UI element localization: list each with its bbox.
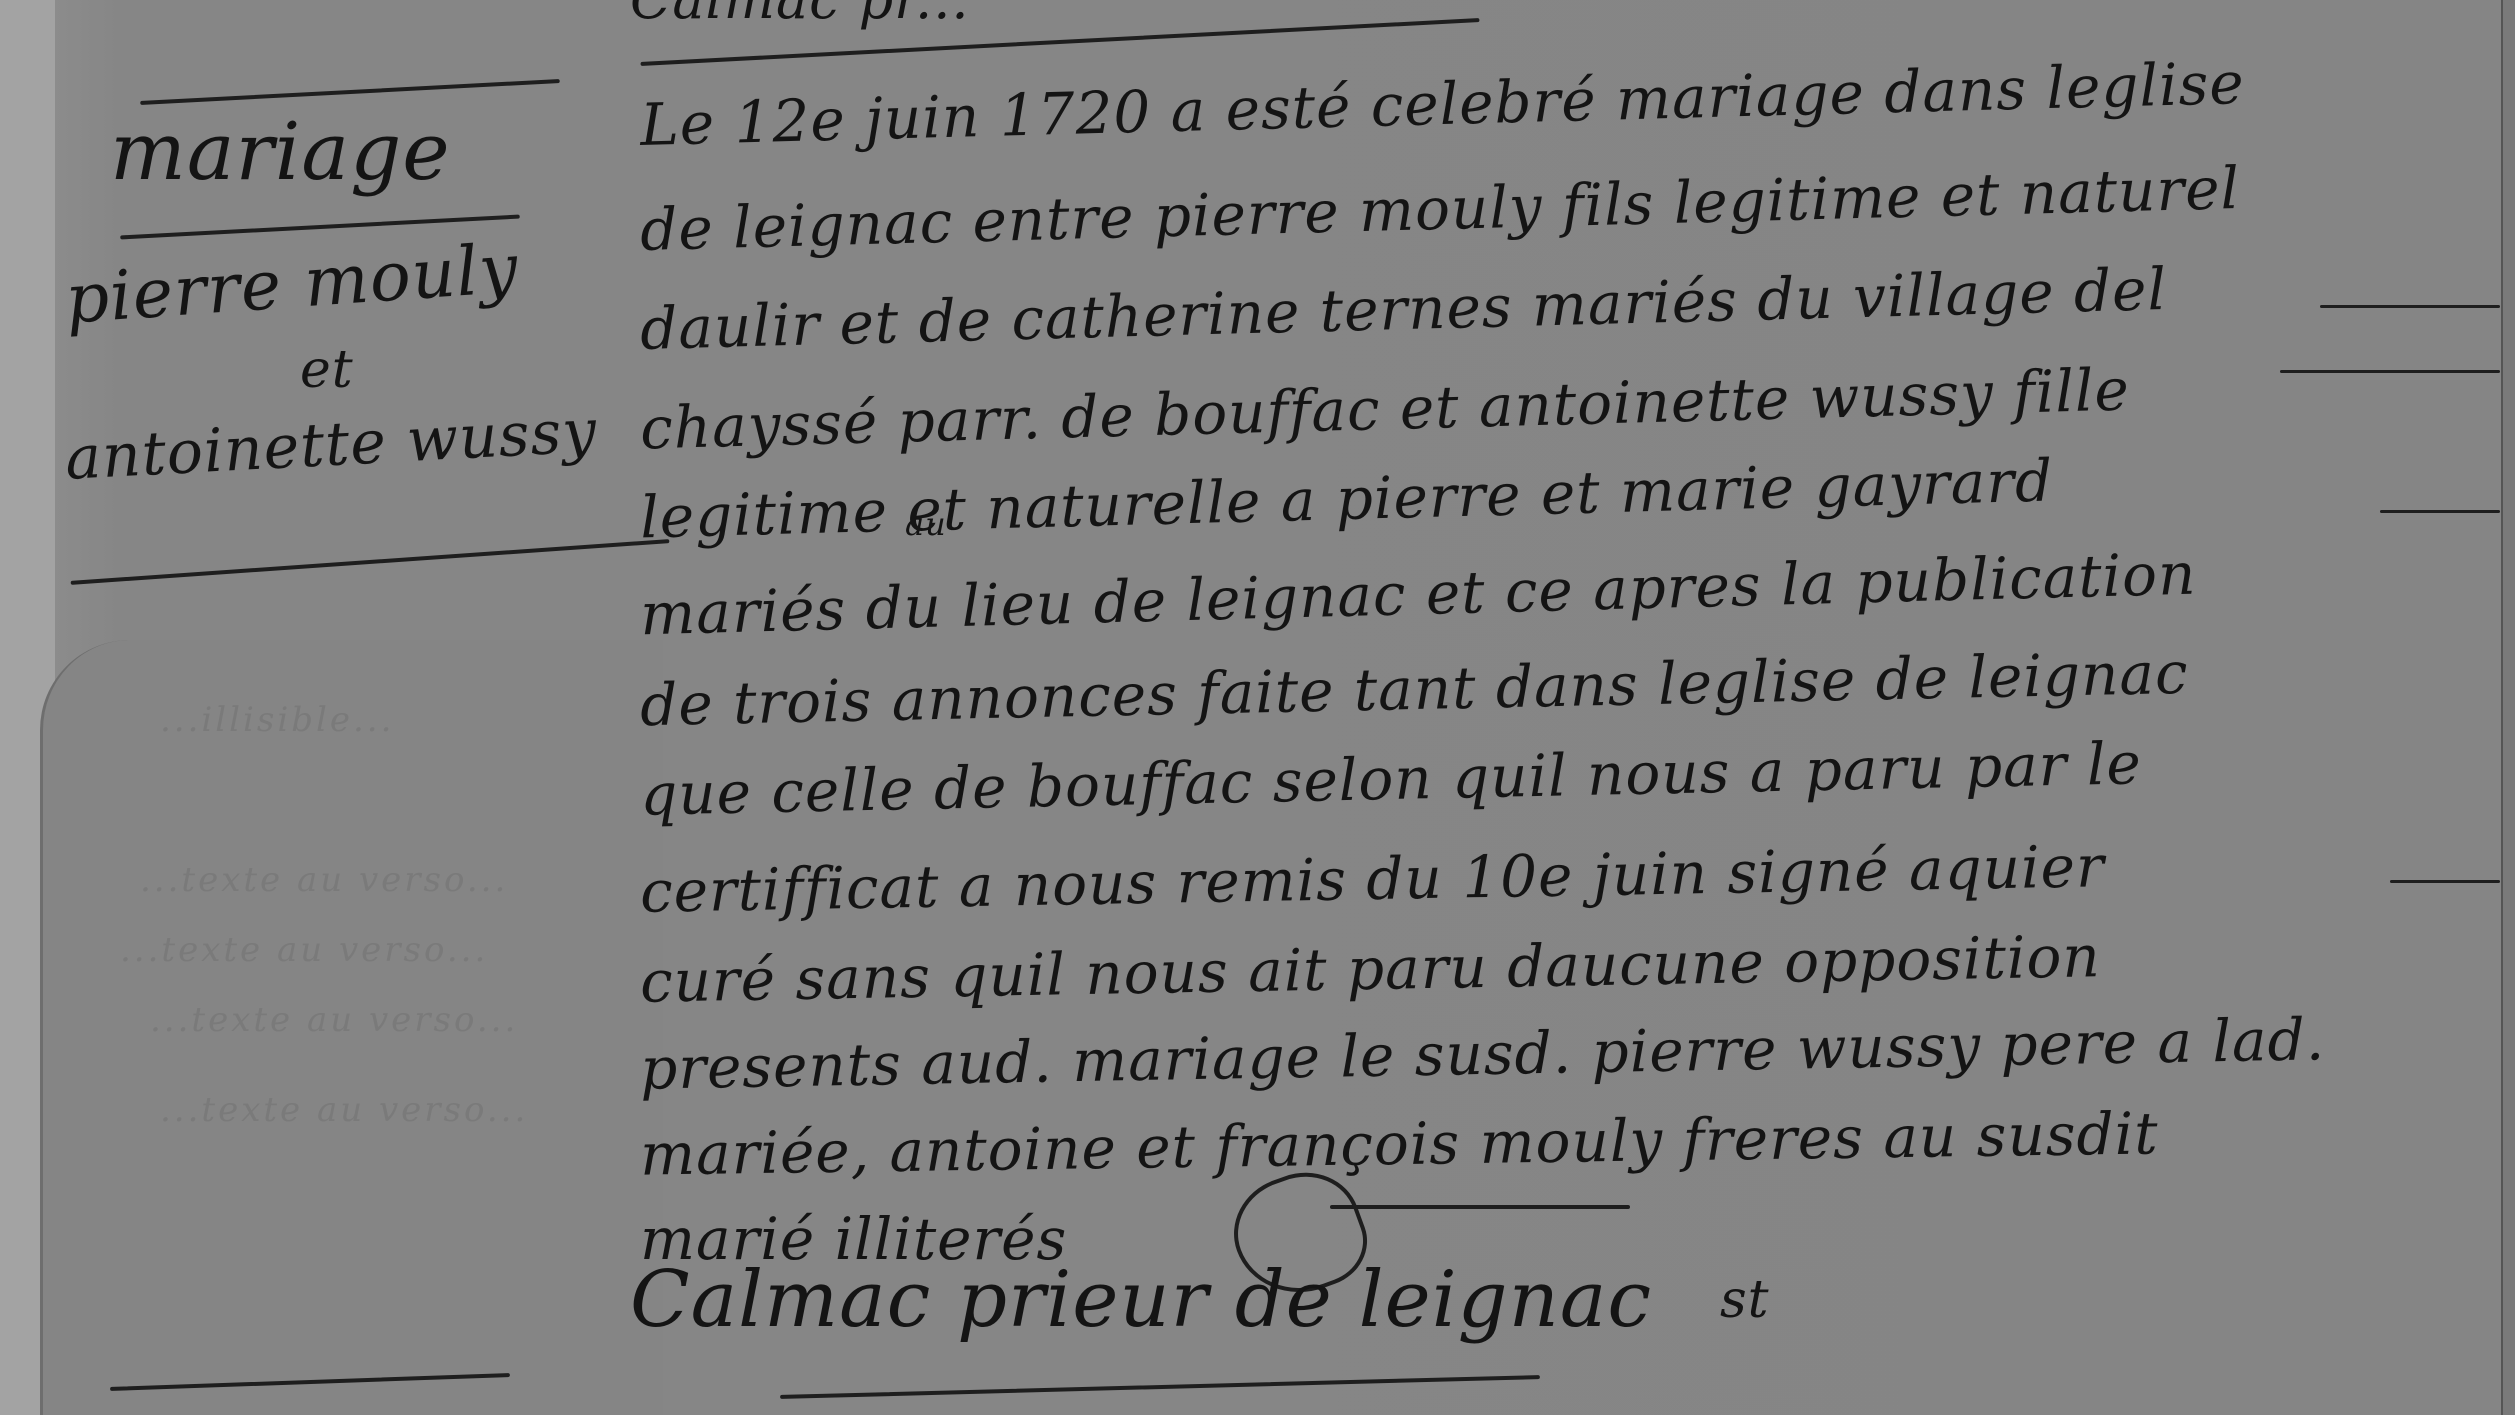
- body-line-3: daulir et de catherine ternes mariés du …: [639, 255, 2167, 363]
- body-line-8: que celle de bouffac selon quil nous a p…: [639, 729, 2142, 828]
- body-line-12: mariée, antoine et françois mouly freres…: [640, 1099, 2159, 1188]
- top-cutoff-text: Calmac pr...: [630, 0, 970, 31]
- bleedthrough-line: ...texte au verso...: [150, 1000, 518, 1040]
- body-line-6: mariés du lieu de leignac et ce apres la…: [639, 540, 2197, 649]
- margin-bride-name: antoinette wussy: [64, 396, 599, 494]
- body-line-1: Le 12e juin 1720 a esté celebré mariage …: [639, 49, 2245, 159]
- bleedthrough-line: ...texte au verso...: [120, 930, 488, 970]
- margin-conjunction: et: [300, 340, 354, 400]
- body-line-11: presents aud. mariage le susd. pierre wu…: [640, 1005, 2326, 1102]
- line-fill-rule: [2320, 305, 2500, 308]
- line-fill-rule: [2280, 370, 2500, 373]
- margin-title: mariage: [110, 105, 451, 198]
- margin-rule-top: [140, 79, 560, 105]
- line-fill-rule: [2380, 510, 2500, 513]
- margin-rule-bottom: [71, 539, 670, 585]
- priest-signature: Calmac prieur de leignac: [630, 1255, 1652, 1345]
- body-line-5: legitime et naturelle a pierre et marie …: [639, 447, 2054, 552]
- paraph-tail: [1330, 1205, 1630, 1209]
- line-fill-rule: [2390, 880, 2500, 883]
- margin-groom-name: pierre mouly: [63, 229, 521, 339]
- interlinear-note: au: [905, 505, 947, 543]
- body-line-7: de trois annonces faite tant dans leglis…: [639, 639, 2189, 739]
- signature-suffix: st: [1720, 1270, 1770, 1330]
- page-right-edge: [2501, 0, 2515, 1415]
- body-line-10: curé sans quil nous ait paru daucune opp…: [640, 922, 2102, 1015]
- body-line-2: de leignac entre pierre mouly fils legit…: [639, 154, 2240, 264]
- bleedthrough-line: ...illisible...: [160, 700, 394, 740]
- body-line-4: chayssé parr. de bouffac et antoinette w…: [639, 356, 2130, 463]
- bleedthrough-line: ...texte au verso...: [160, 1090, 528, 1130]
- scanned-page: Calmac pr... mariage pierre mouly et ant…: [0, 0, 2515, 1415]
- body-line-9: certifficat a nous remis du 10e juin sig…: [640, 832, 2106, 926]
- bleedthrough-line: ...texte au verso...: [140, 860, 508, 900]
- signature-underline: [780, 1375, 1540, 1399]
